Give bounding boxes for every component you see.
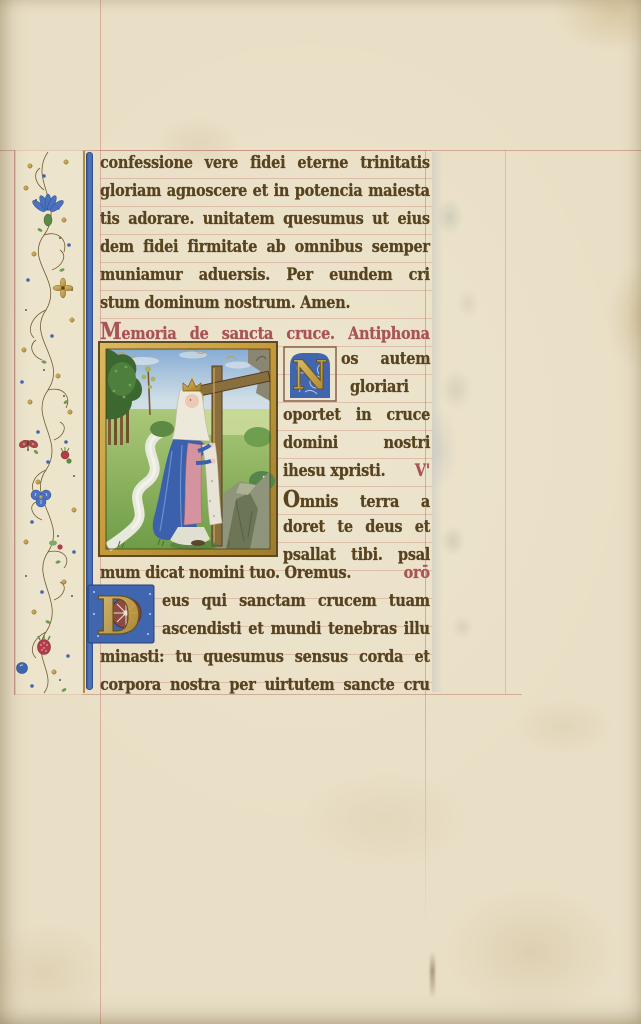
prayer-line-4: corpora nostra per uirtutem sancte cru xyxy=(100,673,430,700)
border-gold-fillet xyxy=(83,151,85,693)
initial-letter-n: N xyxy=(292,352,329,399)
miniature-scene xyxy=(106,349,275,551)
prayer-line-1: eus qui sanctam crucem tuam xyxy=(162,589,430,616)
bush xyxy=(150,421,174,437)
continuation-text: mum dicat nomini tuo. Oremus. xyxy=(100,561,351,588)
border-background xyxy=(14,150,82,695)
crown-finial xyxy=(191,377,193,379)
body-line-5: muniamur aduersis. Per eundem cri xyxy=(100,263,430,290)
body-line-2: gloriam agnoscere et in potencia maiesta xyxy=(100,179,430,206)
body-line-4: dem fidei firmitate ab omnibus semper xyxy=(100,235,430,262)
illuminated-initial-d: D xyxy=(86,584,158,644)
ruling-line-far-right xyxy=(505,150,506,694)
prayer-line-3: minasti: tu quesumus sensus corda et xyxy=(100,645,430,672)
rubric-line: Memoria de sancta cruce. Antiphona xyxy=(100,319,430,346)
antiphon-line-3: oportet in cruce xyxy=(283,403,430,430)
antiphon-line-4: domini nostri xyxy=(283,431,430,458)
versicle-mark: V' xyxy=(415,459,430,486)
antiphon-line-1: os autem xyxy=(341,347,430,374)
verso-show-through xyxy=(432,152,512,692)
antiphon-line-2: gloriari xyxy=(350,375,430,402)
versicle-line-2: doret te deus et xyxy=(283,515,430,542)
face xyxy=(185,394,199,408)
prayer-line-2: ascendisti et mundi tenebras illu xyxy=(162,617,430,644)
body-line-6: stum dominum nostrum. Amen. xyxy=(100,291,430,318)
antiphon-line-5-text: ihesu xpristi. xyxy=(283,459,385,486)
manuscript-page: N D confessione vere fidei eterne trinit… xyxy=(0,0,641,1024)
eye xyxy=(190,399,191,400)
illuminated-initial-n: N xyxy=(283,346,337,402)
ink-streak-stain xyxy=(430,952,435,998)
blue-berry-motif xyxy=(17,663,28,674)
bush-right xyxy=(244,427,272,447)
continuation-line: mum dicat nomini tuo. Oremus. orō xyxy=(100,561,430,588)
strawberry-motif xyxy=(38,635,51,655)
miniature-saint-with-true-cross xyxy=(98,341,278,557)
oratio-mark: orō xyxy=(404,561,430,588)
antiphon-line-5: ihesu xpristi. V' xyxy=(283,459,430,486)
versicle-line-1: Omnis terra a xyxy=(283,487,430,514)
pink-gown xyxy=(184,443,202,525)
initial-letter-d: D xyxy=(96,586,141,644)
floral-border-panel xyxy=(14,150,82,695)
body-line-1: confessione vere fidei eterne trinitatis xyxy=(100,151,430,178)
shoe xyxy=(191,540,205,546)
body-line-3: tis adorare. unitatem quesumus ut eius xyxy=(100,207,430,234)
